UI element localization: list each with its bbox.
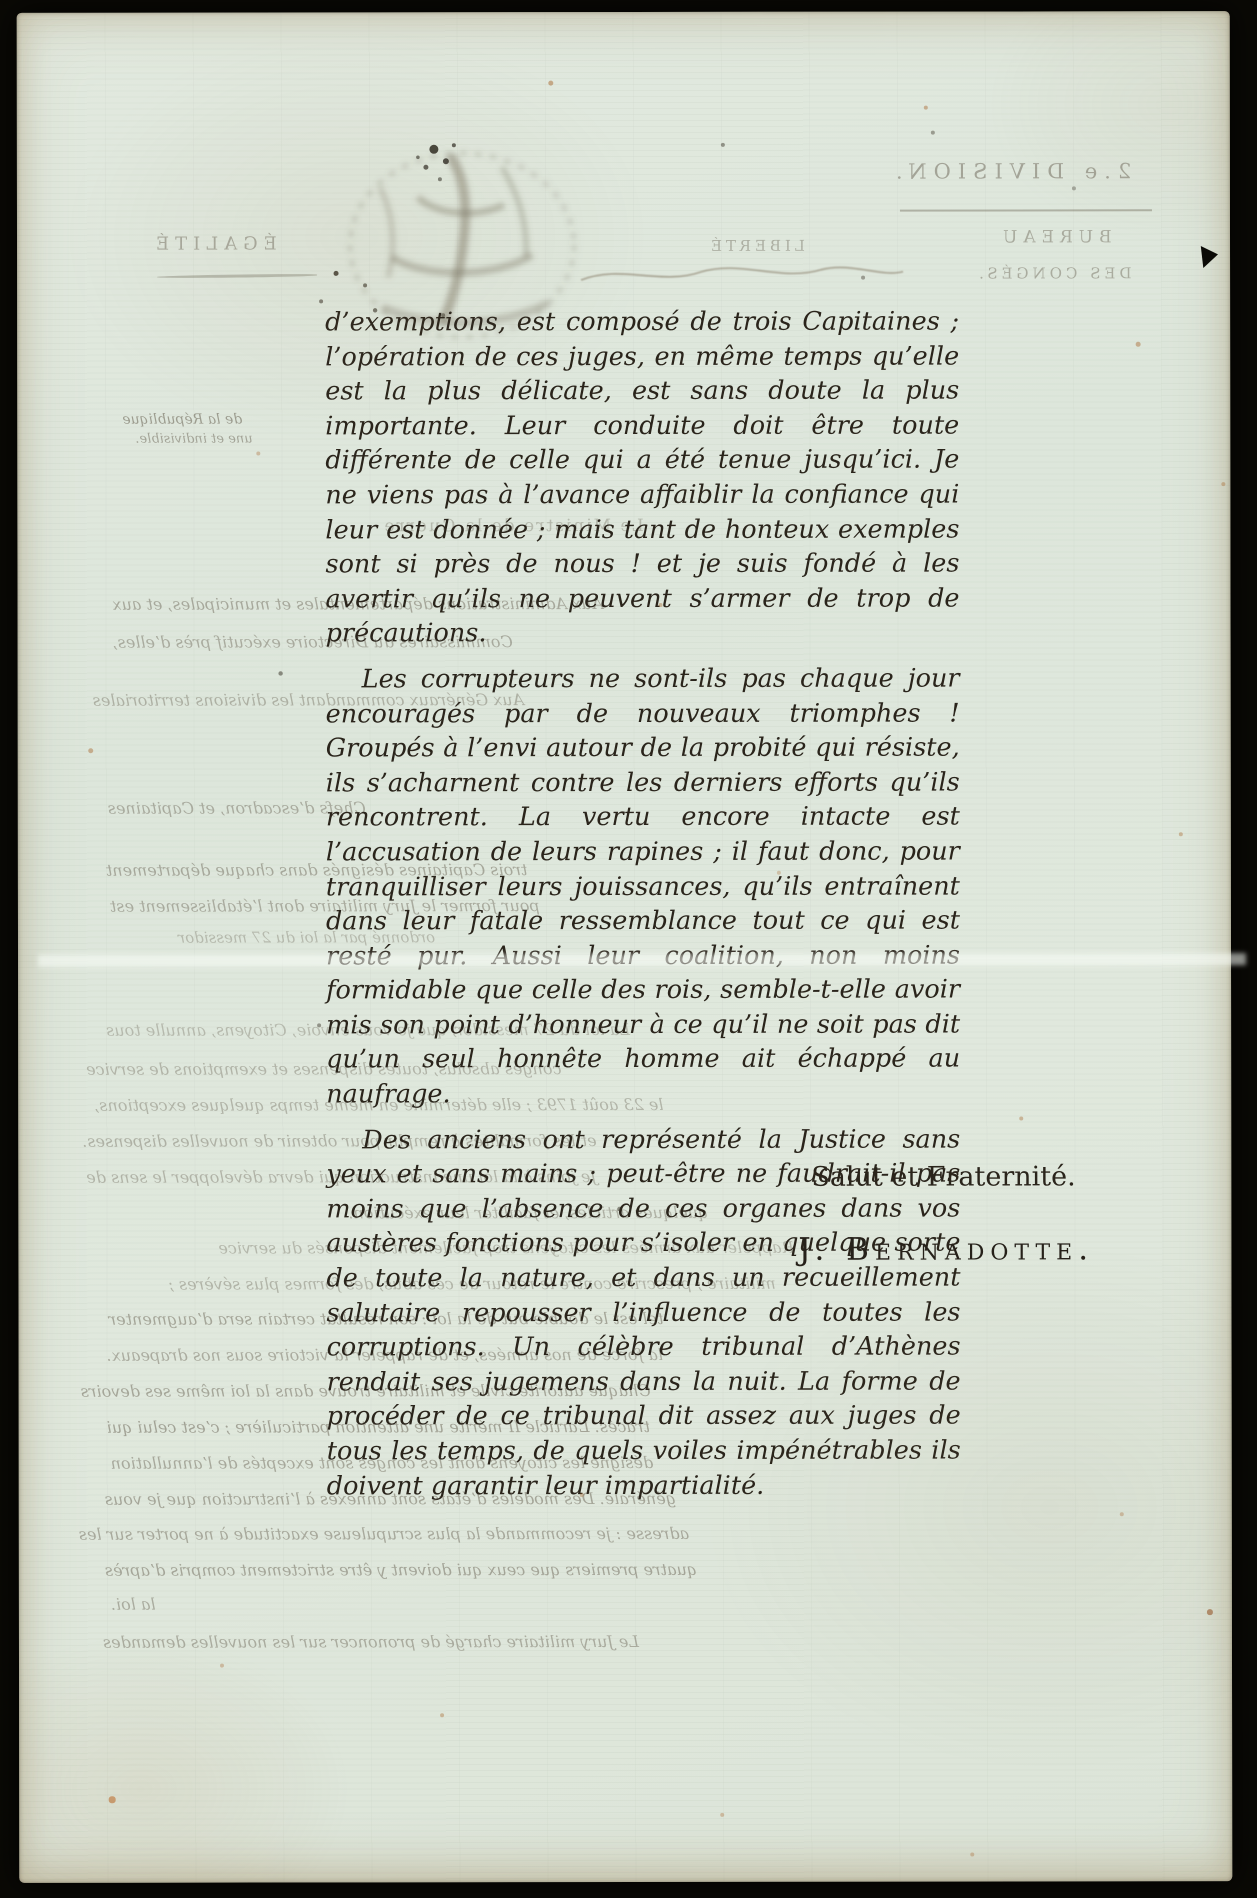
bleedthrough-bureau-heading: BUREAU <box>997 227 1112 247</box>
salutation: Salut et Fraternité. <box>811 1161 1075 1192</box>
pen-squiggle <box>577 256 907 296</box>
bleedthrough-division-heading: 2.e DIVISION. <box>889 159 1131 183</box>
letter-paragraph-1: d’exemptions, est composé de trois Capit… <box>325 305 959 652</box>
bleedthrough-des-conges-heading: DES CONGÉS. <box>975 264 1131 282</box>
signature: J. Bernadotte. <box>798 1231 1094 1267</box>
bleedthrough-egalite-heading: ÉGALITÉ <box>150 233 277 254</box>
letter-body: d’exemptions, est composé de trois Capit… <box>325 305 961 1504</box>
bleedthrough-line: quatre premiers que ceux qui doivent y ê… <box>105 1560 697 1580</box>
bleedthrough-line: Le Jury militaire chargé de prononcer su… <box>103 1632 639 1652</box>
bleedthrough-margin-note: une et indivisible. <box>135 432 252 447</box>
bleedthrough-liberte-heading: LIBERTÉ <box>707 237 805 255</box>
bleedthrough-margin-note: de la République <box>122 412 242 428</box>
ink-blot-cluster <box>416 143 456 181</box>
scanned-document-photo: { "page": { "background_color": "#0a0905… <box>0 0 1257 1898</box>
letter-paragraph-2: Les corrupteurs ne sont-ils pas chaque j… <box>326 661 961 1112</box>
foxing-spots <box>17 13 19 15</box>
bleedthrough-line: la loi. <box>111 1595 156 1614</box>
document-page: 2.e DIVISION. BUREAU LIBERTÉ ÉGALITÉ DES… <box>17 11 1233 1883</box>
bleedthrough-rule <box>900 209 1152 211</box>
bleedthrough-egalite-underline <box>157 274 317 278</box>
bleedthrough-line: adresse : je recommande la plus scrupule… <box>79 1524 689 1544</box>
